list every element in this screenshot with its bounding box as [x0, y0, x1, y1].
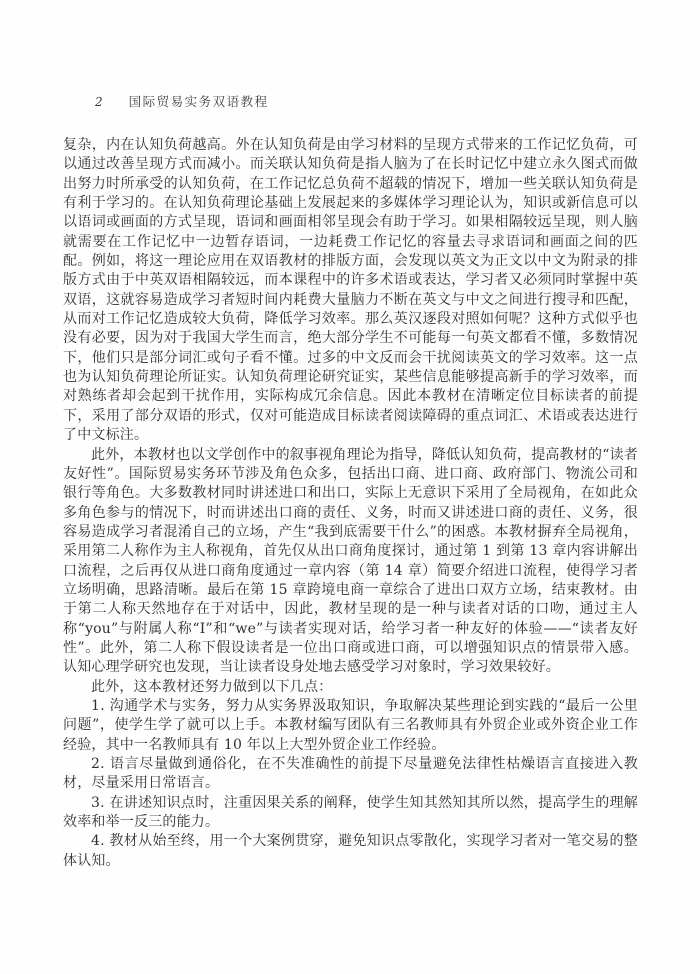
document-page: 2 国际贸易实务双语教程 复杂，内在认知负荷越高。外在认知负荷是由学习材料的呈现… [0, 0, 700, 974]
page-number: 2 [95, 95, 103, 109]
paragraph-narrative-perspective: 此外，本教材也以文学创作中的叙事视角理论为指导，降低认知负荷，提高教材的“读者友… [63, 446, 638, 678]
list-item-2: 2. 语言尽量做到通俗化，在不失准确性的前提下尽量避免法律性枯燥语言直接进入教材… [63, 755, 638, 794]
page-body: 复杂，内在认知负荷越高。外在认知负荷是由学习材料的呈现方式带来的工作记忆负荷，可… [63, 136, 638, 871]
list-item-1: 1. 沟通学术与实务，努力从实务界汲取知识，争取解决某些理论到实践的“最后一公里… [63, 697, 638, 755]
paragraph-continuation: 复杂，内在认知负荷越高。外在认知负荷是由学习材料的呈现方式带来的工作记忆负荷，可… [63, 136, 638, 446]
paragraph-list-intro: 此外，这本教材还努力做到以下几点： [63, 678, 638, 697]
list-item-4: 4. 教材从始至终，用一个大案例贯穿，避免知识点零散化，实现学习者对一笔交易的整… [63, 832, 638, 871]
list-item-3: 3. 在讲述知识点时，注重因果关系的阐释，使学生知其然知其所以然，提高学生的理解… [63, 794, 638, 833]
book-title: 国际贸易实务双语教程 [129, 92, 269, 110]
running-header: 2 国际贸易实务双语教程 [95, 92, 605, 110]
